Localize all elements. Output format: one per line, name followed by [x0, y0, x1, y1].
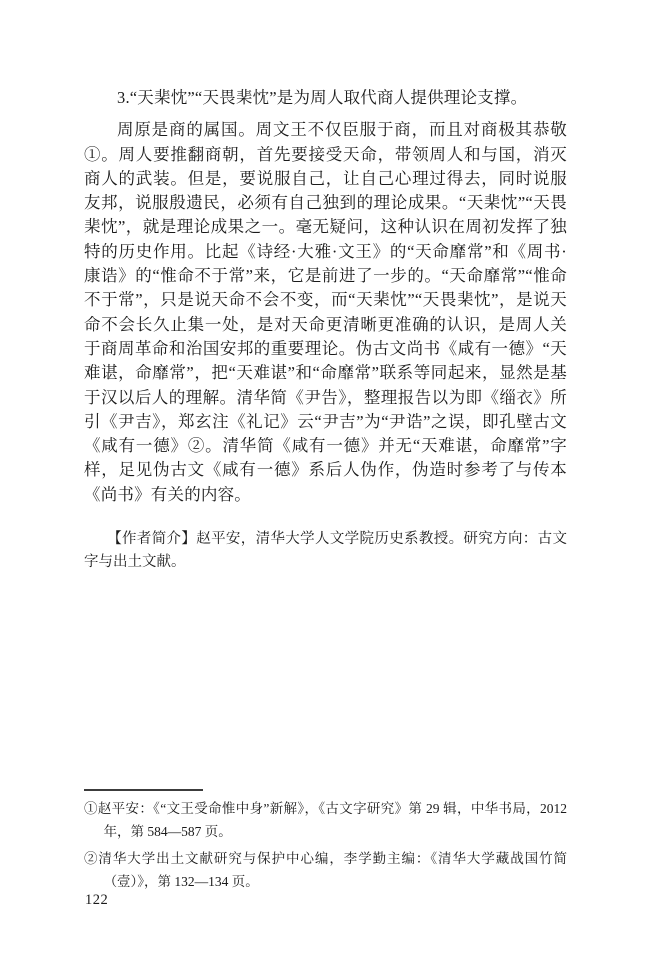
footnote-2: ②清华大学出土文献研究与保护中心编，李学勤主编：《清华大学藏战国竹简（壹）》，第…: [84, 848, 567, 893]
page-number: 122: [85, 892, 108, 909]
footnotes-section: ①赵平安：《“文王受命惟中身”新解》，《古文字研究》第 29 辑，中华书局，20…: [84, 783, 567, 898]
body-paragraph: 周原是商的属国。周文王不仅臣服于商，而且对商极其恭敬①。周人要推翻商朝，首先要接…: [84, 118, 567, 507]
main-text-column: 3.“天棐忱”“天畏棐忱”是为周人取代商人提供理论支撑。 周原是商的属国。周文王…: [84, 86, 567, 574]
document-page: 3.“天棐忱”“天畏棐忱”是为周人取代商人提供理论支撑。 周原是商的属国。周文王…: [0, 0, 650, 973]
section-heading: 3.“天棐忱”“天畏棐忱”是为周人取代商人提供理论支撑。: [84, 86, 567, 110]
footnote-divider: [84, 789, 203, 791]
author-bio: 【作者简介】赵平安，清华大学人文学院历史系教授。研究方向：古文字与出土文献。: [84, 528, 567, 574]
footnote-1: ①赵平安：《“文王受命惟中身”新解》，《古文字研究》第 29 辑，中华书局，20…: [84, 798, 567, 843]
